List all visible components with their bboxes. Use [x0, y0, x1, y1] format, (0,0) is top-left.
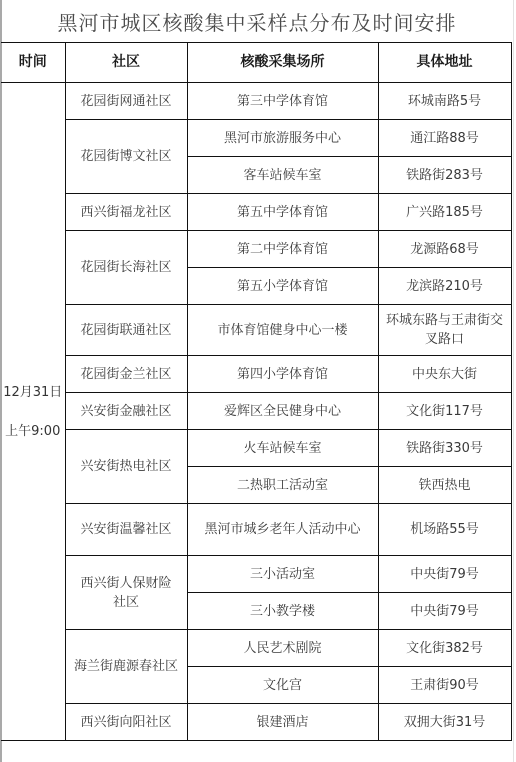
header-row: 时间 社区 核酸采集场所 具体地址 [1, 43, 511, 83]
community-cell: 兴安街温馨社区 [65, 504, 187, 556]
address-cell: 双拥大街31号 [378, 704, 511, 741]
header-address: 具体地址 [378, 43, 511, 83]
community-cell: 花园街网通社区 [65, 83, 187, 120]
site-cell: 第四小学体育馆 [187, 356, 378, 393]
site-cell: 第五小学体育馆 [187, 268, 378, 305]
address-cell: 环城东路与王肃街交叉路口 [378, 305, 511, 356]
address-cell: 王肃街90号 [378, 667, 511, 704]
table-row: 西兴街人保财险社区 三小活动室 中央街79号 [1, 556, 511, 593]
community-cell: 兴安街金融社区 [65, 393, 187, 430]
header-time: 时间 [1, 43, 65, 83]
community-cell: 花园街联通社区 [65, 305, 187, 356]
page-right-border [513, 0, 514, 762]
community-cell: 花园街金兰社区 [65, 356, 187, 393]
community-cell: 花园街长海社区 [65, 231, 187, 305]
site-cell: 黑河市旅游服务中心 [187, 120, 378, 157]
address-cell: 中央街79号 [378, 556, 511, 593]
address-cell: 机场路55号 [378, 504, 511, 556]
address-cell: 环城南路5号 [378, 83, 511, 120]
community-cell: 花园街博文社区 [65, 120, 187, 194]
address-cell: 中央街79号 [378, 593, 511, 630]
time-clock: 上午9:00 [3, 422, 63, 441]
table-row: 兴安街热电社区 火车站候车室 铁路街330号 [1, 430, 511, 467]
site-cell: 第五中学体育馆 [187, 194, 378, 231]
table-row: 兴安街金融社区 爱辉区全民健身中心 文化街117号 [1, 393, 511, 430]
address-cell: 文化街382号 [378, 630, 511, 667]
table-row: 花园街金兰社区 第四小学体育馆 中央东大街 [1, 356, 511, 393]
address-cell: 通江路88号 [378, 120, 511, 157]
address-cell: 龙滨路210号 [378, 268, 511, 305]
table-row: 花园街长海社区 第二中学体育馆 龙源路68号 [1, 231, 511, 268]
site-cell: 第二中学体育馆 [187, 231, 378, 268]
site-cell: 人民艺术剧院 [187, 630, 378, 667]
table-row: 兴安街温馨社区 黑河市城乡老年人活动中心 机场路55号 [1, 504, 511, 556]
address-cell: 铁路街283号 [378, 157, 511, 194]
site-cell: 三小教学楼 [187, 593, 378, 630]
site-cell: 三小活动室 [187, 556, 378, 593]
address-cell: 广兴路185号 [378, 194, 511, 231]
site-cell: 第三中学体育馆 [187, 83, 378, 120]
site-cell: 市体育馆健身中心一楼 [187, 305, 378, 356]
address-cell: 龙源路68号 [378, 231, 511, 268]
table-row: 花园街联通社区 市体育馆健身中心一楼 环城东路与王肃街交叉路口 [1, 305, 511, 356]
community-cell: 西兴街向阳社区 [65, 704, 187, 741]
table-row: 12月31日 上午9:00 花园街网通社区 第三中学体育馆 环城南路5号 [1, 83, 511, 120]
address-cell: 中央东大街 [378, 356, 511, 393]
site-cell: 黑河市城乡老年人活动中心 [187, 504, 378, 556]
header-site: 核酸采集场所 [187, 43, 378, 83]
community-cell: 西兴街人保财险社区 [65, 556, 187, 630]
site-cell: 火车站候车室 [187, 430, 378, 467]
site-cell: 文化宫 [187, 667, 378, 704]
address-cell: 铁路街330号 [378, 430, 511, 467]
community-cell: 兴安街热电社区 [65, 430, 187, 504]
community-cell: 西兴街福龙社区 [65, 194, 187, 231]
table-row: 西兴街向阳社区 银建酒店 双拥大街31号 [1, 704, 511, 741]
page-title: 黑河市城区核酸集中采样点分布及时间安排 [2, 0, 512, 42]
schedule-table: 时间 社区 核酸采集场所 具体地址 12月31日 上午9:00 花园街网通社区 … [1, 42, 512, 741]
address-cell: 文化街117号 [378, 393, 511, 430]
header-community: 社区 [65, 43, 187, 83]
table-row: 西兴街福龙社区 第五中学体育馆 广兴路185号 [1, 194, 511, 231]
table-row: 花园街博文社区 黑河市旅游服务中心 通江路88号 [1, 120, 511, 157]
site-cell: 客车站候车室 [187, 157, 378, 194]
address-cell: 铁西热电 [378, 467, 511, 504]
site-cell: 爱辉区全民健身中心 [187, 393, 378, 430]
community-cell: 海兰街鹿源春社区 [65, 630, 187, 704]
site-cell: 银建酒店 [187, 704, 378, 741]
time-cell: 12月31日 上午9:00 [1, 83, 65, 741]
site-cell: 二热职工活动室 [187, 467, 378, 504]
table-row: 海兰街鹿源春社区 人民艺术剧院 文化街382号 [1, 630, 511, 667]
time-date: 12月31日 [3, 383, 63, 402]
